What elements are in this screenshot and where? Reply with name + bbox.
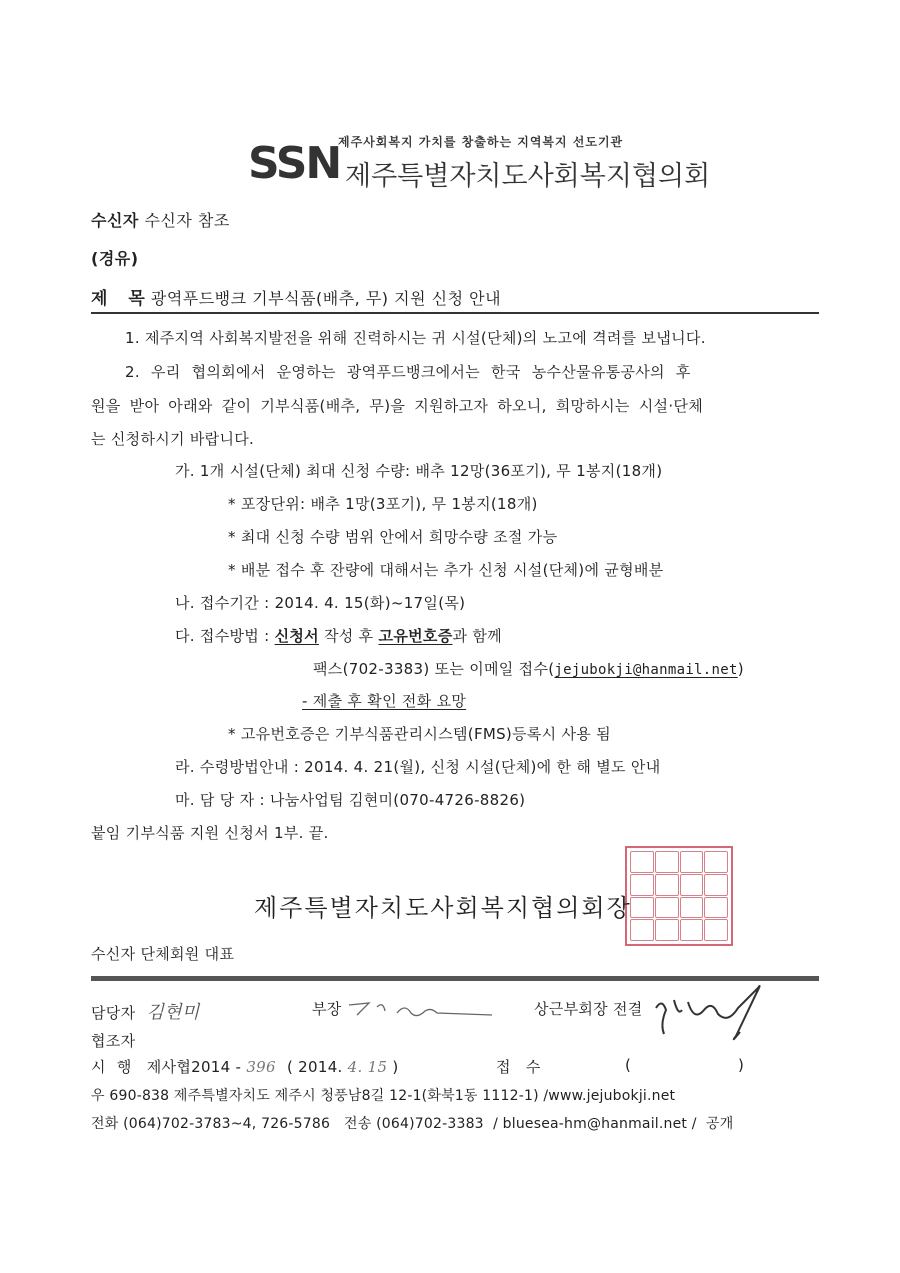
enforce-date-suffix: ) bbox=[387, 1058, 398, 1076]
enforcement-row: 시 행 제사협2014 - 396 ( 2014. 4. 15 ) bbox=[91, 1056, 399, 1077]
registration-cert-link[interactable]: 고유번호증 bbox=[379, 627, 453, 645]
via-label: (경유) bbox=[91, 246, 139, 269]
enforce-label: 시 행 bbox=[91, 1058, 132, 1076]
subject-row: 제 목 광역푸드뱅크 기부식품(배추, 무) 지원 신청 안내 bbox=[91, 284, 501, 309]
email-link[interactable]: jejubokji@hanmail.net bbox=[554, 662, 737, 678]
item-da: 다. 접수방법 : 신청서 작성 후 고유번호증과 함께 bbox=[175, 625, 502, 646]
receipt-label: 접 수 bbox=[496, 1056, 541, 1077]
subject-label: 제 목 bbox=[91, 289, 145, 309]
manager-signature-icon bbox=[347, 999, 497, 1021]
vp-label: 상근부회장 전결 bbox=[534, 1000, 643, 1018]
note-distribution: * 배분 접수 후 잔량에 대해서는 추가 신청 시설(단체)에 균형배분 bbox=[228, 559, 663, 580]
vp-signature-icon bbox=[648, 978, 788, 1048]
item-ga: 가. 1개 시설(단체) 최대 신청 수량: 배추 12망(36포기), 무 1… bbox=[175, 460, 662, 481]
item-da-suffix: 과 함께 bbox=[452, 627, 501, 645]
address-line: 우 690-838 제주특별자치도 제주시 청풍남8길 12-1(화북1동 11… bbox=[91, 1085, 675, 1105]
contact-line: 전화 (064)702-3783~4, 726-5786 전송 (064)702… bbox=[91, 1113, 733, 1133]
attachment-line: 붙임 기부식품 지원 신청서 1부. 끝. bbox=[91, 822, 329, 843]
subject-value: 광역푸드뱅크 기부식품(배추, 무) 지원 신청 안내 bbox=[151, 289, 501, 308]
enforce-number: 396 bbox=[246, 1058, 276, 1076]
note-quantity: * 최대 신청 수량 범위 안에서 희망수량 조절 가능 bbox=[228, 526, 557, 547]
official-seal-icon bbox=[625, 846, 733, 946]
cooperator-label: 협조자 bbox=[91, 1030, 135, 1051]
enforce-number-prefix: 제사협2014 - bbox=[147, 1058, 247, 1076]
org-name: 제주특별자치도사회복지협의회 bbox=[345, 154, 710, 193]
paragraph-2-line-2: 원을 받아 아래와 같이 기부식품(배추, 무)을 지원하고자 하오니, 희망하… bbox=[91, 395, 703, 416]
paragraph-1: 1. 제주지역 사회복지발전을 위해 진력하시는 귀 시설(단체)의 노고에 격… bbox=[125, 327, 706, 348]
item-ra: 라. 수령방법안내 : 2014. 4. 21(월), 신청 시설(단체)에 한… bbox=[175, 756, 660, 777]
fax-close: ) bbox=[738, 660, 744, 678]
manager-label: 부장 bbox=[312, 1000, 342, 1018]
note-packaging: * 포장단위: 배추 1망(3포기), 무 1봉지(18개) bbox=[228, 493, 538, 514]
item-da-prefix: 다. 접수방법 : bbox=[175, 627, 275, 645]
paragraph-2-line-3: 는 신청하시기 바랍니다. bbox=[91, 428, 254, 449]
subject-divider bbox=[91, 312, 819, 314]
confirm-call-note: - 제출 후 확인 전화 요망 bbox=[302, 690, 466, 711]
receipt-paren-close: ) bbox=[738, 1056, 744, 1074]
paragraph-2-line-1: 2. 우리 협의회에서 운영하는 광역푸드뱅크에서는 한국 농수산물유통공사의 … bbox=[125, 361, 691, 382]
fax-email-line: 팩스(702-3383) 또는 이메일 접수(jejubokji@hanmail… bbox=[313, 658, 744, 679]
org-tagline: 제주사회복지 가치를 창출하는 지역복지 선도기관 bbox=[338, 133, 623, 150]
vp-approval: 상근부회장 전결 bbox=[534, 998, 643, 1019]
enforce-date-prefix: ( 2014. bbox=[287, 1058, 348, 1076]
staff-label: 담당자 bbox=[91, 1004, 135, 1022]
ssn-logo: SSN bbox=[248, 138, 340, 189]
application-form-link[interactable]: 신청서 bbox=[275, 627, 319, 645]
item-na: 나. 접수기간 : 2014. 4. 15(화)~17일(목) bbox=[175, 592, 465, 613]
recipient-value: 수신자 참조 bbox=[144, 211, 229, 230]
recipient-row: 수신자 수신자 참조 bbox=[91, 208, 230, 231]
fax-text: 팩스(702-3383) 또는 이메일 접수( bbox=[313, 660, 554, 678]
item-da-mid: 작성 후 bbox=[319, 627, 379, 645]
manager-approval: 부장 bbox=[312, 998, 497, 1021]
note-fms: * 고유번호증은 기부식품관리시스템(FMS)등록시 사용 됨 bbox=[228, 723, 611, 744]
sender-title: 제주특별자치도사회복지협의회장 bbox=[254, 888, 632, 923]
recipients-line: 수신자 단체회원 대표 bbox=[91, 943, 234, 964]
receipt-paren-open: ( bbox=[625, 1056, 631, 1074]
item-ma: 마. 담 당 자 : 나눔사업팀 김현미(070-4726-8826) bbox=[175, 789, 525, 810]
recipient-label: 수신자 bbox=[91, 211, 139, 230]
staff-signature: 김현미 bbox=[146, 1002, 199, 1023]
enforce-date: 4. 15 bbox=[348, 1058, 388, 1076]
staff-approval: 담당자 김현미 bbox=[91, 998, 200, 1024]
